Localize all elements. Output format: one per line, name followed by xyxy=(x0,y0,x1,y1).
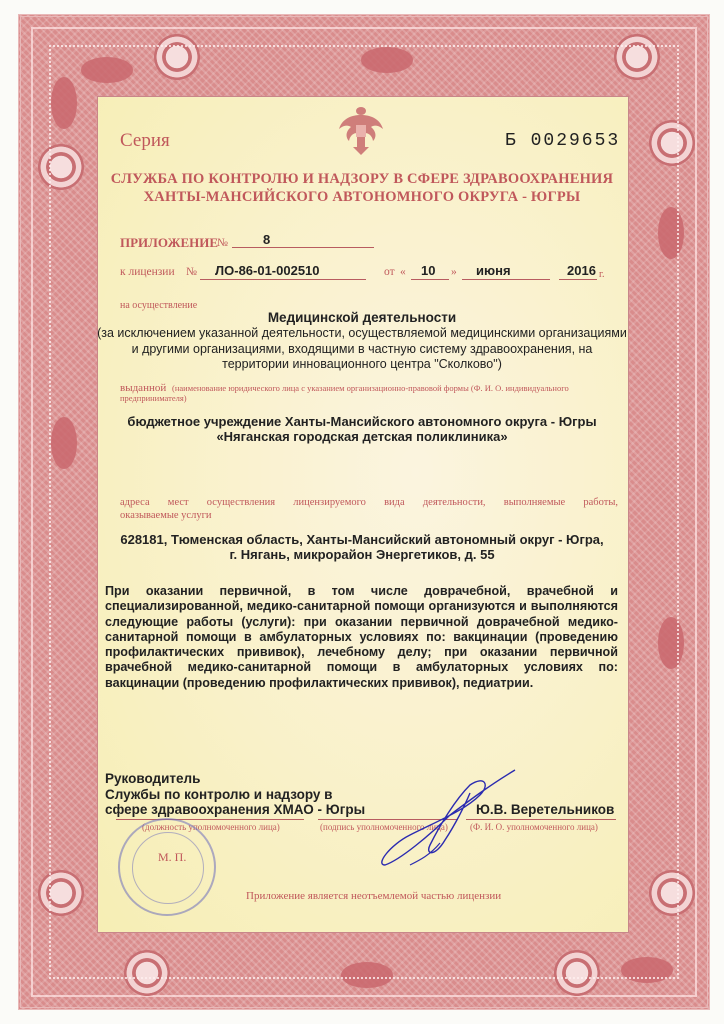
issued-hint: (наименование юридического лица с указан… xyxy=(172,383,569,393)
ornament-left-bottom xyxy=(35,867,87,919)
license-number-line xyxy=(200,279,366,280)
activity-note-line: и другими организациями, входящими в час… xyxy=(97,342,627,358)
stamp-label: М. П. xyxy=(158,850,186,865)
number-sign: № xyxy=(217,237,228,249)
organization-name-line: «Няганская городская детская поликлиника… xyxy=(97,429,627,444)
license-number: ЛО-86-01-002510 xyxy=(215,263,320,278)
signer-position-line: Службы по контролю и надзору в xyxy=(105,787,365,803)
appendix-number-line xyxy=(232,247,374,248)
rosette xyxy=(51,417,77,469)
date-day: 10 xyxy=(421,263,435,278)
series-label: Серия xyxy=(120,130,170,152)
address-line: 628181, Тюменская область, Ханты-Мансийс… xyxy=(97,532,627,547)
number-sign: № xyxy=(186,266,197,278)
ornament-right-bottom xyxy=(646,867,698,919)
ornament-bottom-left xyxy=(121,947,173,999)
signer-position-line: Руководитель xyxy=(105,771,365,787)
date-year-line xyxy=(559,279,597,280)
activity-note-line: территории инновационного центра "Сколко… xyxy=(97,357,627,373)
ornament-top-right xyxy=(611,31,663,83)
address-label-continued: оказываемые услуги xyxy=(120,510,212,521)
signer-position: Руководитель Службы по контролю и надзор… xyxy=(105,771,365,818)
handwritten-signature xyxy=(370,765,520,875)
organization-name-line: бюджетное учреждение Ханты-Мансийского а… xyxy=(97,414,627,429)
activity-note: (за исключением указанной деятельности, … xyxy=(97,326,627,373)
rosette xyxy=(658,617,684,669)
date-month-line xyxy=(462,279,550,280)
organization-name: бюджетное учреждение Ханты-Мансийского а… xyxy=(97,414,627,444)
position-line xyxy=(116,819,304,820)
appendix-number: 8 xyxy=(263,232,270,247)
activity-title: Медицинской деятельности xyxy=(97,310,627,325)
series-number: Б 0029653 xyxy=(505,131,620,151)
date-day-line xyxy=(411,279,449,280)
rosette xyxy=(658,207,684,259)
rosette xyxy=(361,47,413,73)
official-seal xyxy=(118,818,216,916)
ornament-right xyxy=(646,117,698,169)
year-suffix: г. xyxy=(599,269,604,280)
works-and-services: При оказании первичной, в том числе довр… xyxy=(105,584,618,691)
rosette xyxy=(81,57,133,83)
signer-position-line: сфере здравоохранения ХМАО - Югры xyxy=(105,802,365,818)
quote-open: « xyxy=(400,266,406,278)
rosette xyxy=(51,77,77,129)
address: 628181, Тюменская область, Ханты-Мансийс… xyxy=(97,532,627,562)
date-year: 2016 xyxy=(567,263,596,278)
corner-ornament-top-left xyxy=(151,31,203,83)
ornament-bottom-right xyxy=(551,947,603,999)
corner-ornament-left xyxy=(35,141,87,193)
activity-note-line: (за исключением указанной деятельности, … xyxy=(97,326,627,342)
issued-hint-continued: предпринимателя) xyxy=(120,393,187,403)
issuer-heading-line2: ХАНТЫ-МАНСИЙСКОГО АВТОНОМНОГО ОКРУГА - Ю… xyxy=(97,189,627,206)
footer-note: Приложение является неотъемлемой частью … xyxy=(246,890,501,902)
rosette xyxy=(621,957,673,983)
rosette xyxy=(341,962,393,988)
appendix-label: ПРИЛОЖЕНИЕ xyxy=(120,235,218,251)
license-label: к лицензии xyxy=(120,266,175,278)
quote-close: » xyxy=(451,266,457,278)
address-line: г. Нягань, микрорайон Энергетиков, д. 55 xyxy=(97,547,627,562)
address-label: адреса мест осуществления лицензируемого… xyxy=(120,497,618,508)
date-from-label: от xyxy=(384,266,395,278)
issuer-heading-line1: СЛУЖБА ПО КОНТРОЛЮ И НАДЗОРУ В СФЕРЕ ЗДР… xyxy=(97,171,627,188)
date-month: июня xyxy=(476,263,511,278)
coat-of-arms-icon xyxy=(336,103,386,157)
